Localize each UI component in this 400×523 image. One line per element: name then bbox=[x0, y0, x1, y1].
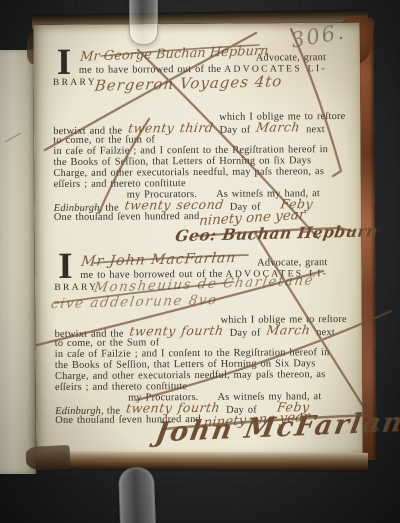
printed-text: Day of bbox=[220, 125, 251, 136]
plastic-clip-bottom bbox=[118, 466, 156, 523]
printed-text: next bbox=[306, 124, 325, 135]
plastic-clip-top bbox=[129, 0, 158, 45]
form2-book-title-line2-handwriting: cive addelorune 8vo bbox=[50, 292, 219, 312]
facing-page-edge bbox=[0, 50, 36, 474]
printed-text: Charge, and other executorials needful, … bbox=[55, 369, 326, 382]
printed-brary-caps: brary bbox=[54, 282, 98, 293]
form1-printed-advocate-grant: Advocate, grant bbox=[256, 52, 329, 64]
printed-text: Advocate, grant bbox=[256, 52, 326, 63]
binding-corner-bottom bbox=[25, 445, 70, 471]
printed-text: eſſeirs ; and thereto conſtitute bbox=[55, 381, 187, 393]
form1-signed-day-handwriting: twenty second bbox=[121, 199, 228, 211]
form2-return-day-handwriting: twenty fourth bbox=[126, 325, 227, 337]
printed-brary-caps: brary bbox=[53, 77, 97, 88]
photo-backdrop: I Mr George Buchan Hepburn Advocate, gra… bbox=[0, 0, 400, 523]
form1-dropcap: I bbox=[57, 48, 72, 78]
form2-printed-charge-line: Charge, and other executorials needful, … bbox=[55, 369, 329, 382]
form1-printed-charge-line: Charge, and other executorials needful, … bbox=[53, 166, 327, 179]
printed-text: Charge, and other executorials needful, … bbox=[53, 166, 324, 179]
form2-printed-advocate-grant: Advocate, grant bbox=[257, 257, 330, 269]
form1-return-month-handwriting: March bbox=[253, 121, 304, 132]
printed-text: Advocate, grant bbox=[257, 257, 327, 268]
form1-printed-brary: brary bbox=[53, 77, 100, 88]
printed-text: next bbox=[316, 327, 335, 338]
printed-text: One thouſand ſeven hundred and bbox=[54, 211, 200, 223]
printed-text: eſſeirs ; and thereto conſtitute bbox=[54, 178, 186, 190]
form2-return-month-handwriting: March bbox=[263, 324, 314, 335]
form2-printed-sum-line: to come, or the Sum of bbox=[55, 337, 163, 349]
form1-book-title-handwriting: Bergeron Voyages 4to bbox=[94, 72, 284, 95]
book-page: I Mr George Buchan Hepburn Advocate, gra… bbox=[33, 23, 362, 459]
form1-signature-handwriting: Geo: Buchan Hepburn bbox=[174, 221, 380, 245]
form1-printed-sum-line: to come, or the ſum of bbox=[53, 134, 158, 146]
form2-borrower-name-handwriting: Mr John MacFarlan bbox=[80, 250, 237, 270]
printed-text: to come, or the Sum of bbox=[55, 337, 160, 349]
form1-borrower-name-handwriting: Mr George Buchan Hepburn bbox=[80, 44, 269, 65]
form2-signed-day-handwriting: twenty fourth bbox=[122, 402, 223, 414]
form1-printed-year-line: One thouſand ſeven hundred and bbox=[54, 211, 203, 223]
form1-return-day-handwriting: twenty third bbox=[125, 122, 218, 134]
book-bottom-page-edges bbox=[36, 451, 368, 472]
printed-text: to come, or the ſum of bbox=[53, 134, 155, 146]
form2-dropcap: I bbox=[58, 252, 73, 282]
printed-text: Day of bbox=[230, 328, 261, 339]
